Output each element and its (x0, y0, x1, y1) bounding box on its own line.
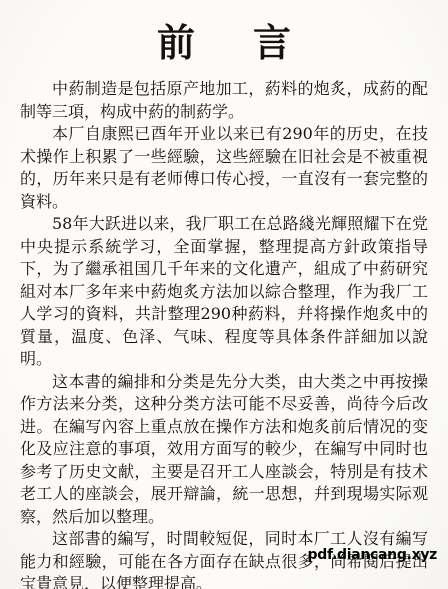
paragraph: 58年大跃进以来，我厂职工在总路綫光輝照耀下在党中央提示系統学习，全面掌握，整理… (20, 213, 428, 371)
scanned-book-page: 前 言 中葯制造是包括原产地加工，葯料的炮炙，成葯的配制等三項，构成中葯的制葯学… (0, 0, 448, 589)
paragraph: 这本書的編排和分类是先分大类，由大类之中再按操作方法来分类，这种分类方法可能不尽… (20, 371, 428, 529)
paragraph: 本厂自康熙已酉年开业以来已有290年的历史，在技术操作上积累了一些經驗，这些經驗… (20, 123, 428, 213)
paragraph: 中葯制造是包括原产地加工，葯料的炮炙，成葯的配制等三項，构成中葯的制葯学。 (20, 78, 428, 123)
preface-body: 中葯制造是包括原产地加工，葯料的炮炙，成葯的配制等三項，构成中葯的制葯学。 本厂… (20, 78, 428, 589)
page-title: 前 言 (20, 22, 428, 64)
watermark: pdf.diancang.xyz (308, 547, 437, 563)
